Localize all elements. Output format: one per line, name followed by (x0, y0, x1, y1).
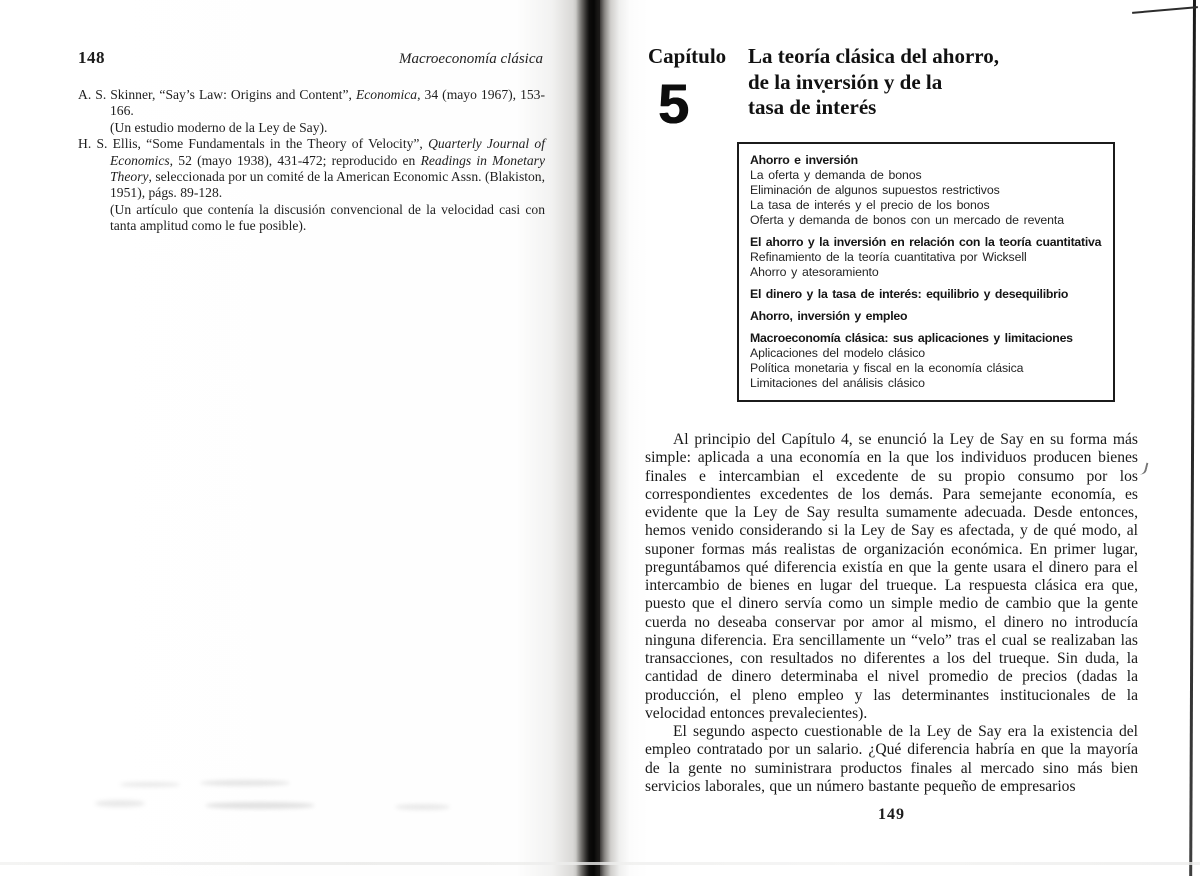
contents-section-heading: El ahorro y la inversión en relación con… (750, 235, 1102, 250)
bibliography-entry: H. S. Ellis, “Some Fundamentals in the T… (78, 136, 545, 202)
scan-bottom-shade (0, 862, 1200, 865)
chapter-contents-box: Ahorro e inversiónLa oferta y demanda de… (737, 142, 1115, 402)
bib-text: A. S. Skinner, “Say’s Law: Origins and C… (78, 87, 356, 102)
contents-item: La oferta y demanda de bonos (750, 168, 1102, 183)
body-paragraph: Al principio del Capítulo 4, se enunció … (645, 431, 1138, 723)
contents-item: Refinamiento de la teoría cuantitativa p… (750, 250, 1102, 265)
contents-section-heading: Macroeconomía clásica: sus aplicaciones … (750, 331, 1102, 346)
chapter-heading: Capítulo 5 La teoría clásica del ahorro,… (648, 44, 999, 130)
contents-item: La tasa de interés y el precio de los bo… (750, 198, 1102, 213)
left-page: 148 Macroeconomía clásica A. S. Skinner,… (0, 0, 600, 876)
chapter-label: Capítulo (648, 44, 746, 69)
bibliography-entry: A. S. Skinner, “Say’s Law: Origins and C… (78, 87, 545, 120)
bib-text: , 52 (mayo 1938), 431-472; reproducido e… (170, 153, 421, 168)
chapter-title-line: La teoría clásica del ahorro, (748, 44, 999, 70)
bibliography-list: A. S. Skinner, “Say’s Law: Origins and C… (78, 87, 545, 235)
bibliography-note: (Un artículo que contenía la discusión c… (110, 202, 545, 235)
ink-dot-artifact (822, 90, 825, 93)
work-title: Economica (356, 87, 417, 102)
scan-smudge (205, 802, 315, 809)
contents-item: Limitaciones del análisis clásico (750, 376, 1102, 391)
body-paragraph: El segundo aspecto cuestionable de la Le… (645, 723, 1138, 796)
contents-item: Política monetaria y fiscal en la econom… (750, 361, 1102, 376)
pen-mark-artifact (1139, 461, 1149, 475)
body-text: Al principio del Capítulo 4, se enunció … (645, 431, 1138, 796)
chapter-title-line: de la inversión y de la (748, 70, 999, 96)
bibliography-note: (Un estudio moderno de la Ley de Say). (110, 120, 545, 136)
contents-section-heading: El dinero y la tasa de interés: equilibr… (750, 287, 1102, 302)
chapter-title: La teoría clásica del ahorro,de la inver… (748, 44, 999, 121)
chapter-title-line: tasa de interés (748, 95, 999, 121)
contents-section-heading: Ahorro, inversión y empleo (750, 309, 1102, 324)
contents-section-heading: Ahorro e inversión (750, 153, 1102, 168)
bib-text: H. S. Ellis, “Some Fundamentals in the T… (78, 136, 428, 151)
contents-section: Ahorro e inversiónLa oferta y demanda de… (750, 153, 1102, 228)
scan-smudge (395, 804, 450, 810)
contents-section: El ahorro y la inversión en relación con… (750, 235, 1102, 280)
contents-item: Oferta y demanda de bonos con un mercado… (750, 213, 1102, 228)
contents-section: Macroeconomía clásica: sus aplicaciones … (750, 331, 1102, 391)
contents-item: Aplicaciones del modelo clásico (750, 346, 1102, 361)
scan-smudge (95, 800, 145, 807)
chapter-number: 5 (658, 78, 746, 130)
bib-text: , seleccionada por un comité de la Ameri… (110, 169, 545, 200)
right-page: Capítulo 5 La teoría clásica del ahorro,… (600, 0, 1200, 876)
left-page-number: 148 (78, 48, 105, 68)
scan-smudge (120, 782, 180, 787)
contents-section: El dinero y la tasa de interés: equilibr… (750, 287, 1102, 302)
contents-section: Ahorro, inversión y empleo (750, 309, 1102, 324)
left-page-header: 148 Macroeconomía clásica (78, 48, 543, 68)
contents-item: Eliminación de algunos supuestos restric… (750, 183, 1102, 198)
scan-smudge (200, 780, 290, 786)
book-spread-scan: 148 Macroeconomía clásica A. S. Skinner,… (0, 0, 1200, 876)
running-header: Macroeconomía clásica (399, 51, 543, 68)
right-page-number: 149 (645, 806, 1138, 824)
contents-item: Ahorro y atesoramiento (750, 265, 1102, 280)
chapter-label-block: Capítulo 5 (648, 44, 746, 130)
